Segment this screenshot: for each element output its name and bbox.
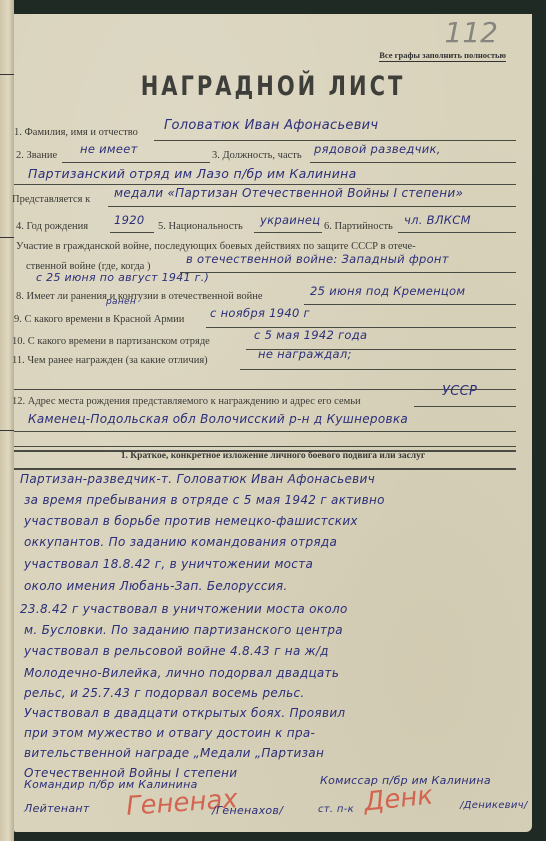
- field-partisan-value: с 5 мая 1942 года: [254, 328, 367, 342]
- field-prev-awards-value: не награждал;: [258, 347, 352, 361]
- top-note: Все графы заполнить полностью: [379, 50, 506, 62]
- field-participation-value-cont: с 25 июня по август 1941 г.): [36, 271, 209, 284]
- field-position-value: рядовой разведчик,: [314, 142, 441, 156]
- commissar-signature: Денк: [363, 780, 435, 817]
- binder-mark: [0, 237, 14, 238]
- narrative-line: вительственной награде „Медали „Партизан: [24, 746, 324, 760]
- narrative-line: участвовал 18.8.42 г, в уничтожении мост…: [24, 557, 313, 571]
- narrative-line: участвовал в рельсовой войне 4.8.43 г на…: [24, 644, 329, 658]
- narrative-line: около имения Любань-Зап. Белоруссия.: [24, 579, 288, 593]
- field-award-value: медали «Партизан Отечественной Войны I с…: [114, 186, 463, 200]
- field-birth-year-value: 1920: [114, 213, 144, 227]
- field-party-label: 6. Партийность: [324, 221, 393, 232]
- field-rank-label: 2. Звание: [16, 150, 57, 161]
- narrative-line: м. Бусловки. По заданию партизанского це…: [24, 623, 343, 637]
- field-address-label: 12. Адрес места рождения представляемого…: [12, 396, 361, 407]
- field-participation-value: в отечественной войне: Западный фронт: [186, 252, 449, 266]
- narrative-line: Партизан-разведчик-т. Головатюк Иван Афо…: [20, 472, 375, 486]
- award-sheet: 112 Все графы заполнить полностью НАГРАД…: [14, 14, 532, 832]
- field-nationality-label: 5. Национальность: [158, 221, 243, 232]
- field-position-label: 3. Должность, часть: [212, 150, 302, 161]
- field-participation-label-1: Участие в гражданской войне, последующих…: [16, 241, 416, 252]
- field-partisan-label: 10. С какого времени в партизанском отря…: [12, 336, 210, 347]
- field-wounds-insert: ранен: [106, 297, 136, 307]
- narrative-line: участвовал в борьбе против немецко-фашис…: [24, 514, 358, 528]
- commissar-name: /Деникевич/: [460, 800, 528, 811]
- narrative-line: 23.8.42 г участвовал в уничтожении моста…: [20, 602, 348, 616]
- section-heading: 1. Краткое, конкретное изложение личного…: [14, 451, 532, 461]
- commander-rank: Лейтенант: [24, 802, 90, 815]
- field-name-label: 1. Фамилия, имя и отчество: [14, 127, 138, 138]
- field-wounds-value: 25 июня под Кременцом: [310, 284, 465, 298]
- binder-strip: [0, 0, 14, 841]
- narrative-line: Участвовал в двадцати открытых боях. Про…: [24, 706, 345, 720]
- narrative-line: за время пребывания в отряде с 5 мая 194…: [24, 493, 385, 507]
- field-name-value: Головатюк Иван Афонасьевич: [164, 118, 378, 133]
- field-party-value: чл. ВЛКСМ: [404, 213, 471, 227]
- document-title: НАГРАДНОЙ ЛИСТ: [14, 71, 532, 101]
- narrative-line: рельс, и 25.7.43 г подорвал восемь рельс…: [24, 686, 304, 700]
- field-position-value-cont: Партизанский отряд им Лазо п/бр им Калин…: [28, 166, 357, 181]
- field-prev-awards-label: 11. Чем ранее награжден (за какие отличи…: [12, 355, 208, 366]
- field-award-label: Представляется к: [12, 194, 90, 205]
- narrative-line: Молодечно-Вилейка, лично подорвал двадца…: [24, 666, 339, 680]
- narrative-line: оккупантов. По заданию командования отря…: [24, 535, 337, 549]
- binder-mark: [0, 430, 14, 431]
- field-rank-value: не имеет: [80, 142, 138, 156]
- field-army-label: 9. С какого времени в Красной Армии: [14, 314, 184, 325]
- sheet-number: 112: [445, 16, 498, 49]
- field-wounds-label: 8. Имеет ли ранения и контузии в отечест…: [16, 291, 262, 302]
- field-address-value-cont: Каменец-Подольская обл Волочисский р-н д…: [28, 412, 408, 426]
- commander-name: /Гененахов/: [212, 804, 283, 817]
- narrative-line: при этом мужество и отвагу достоин к пра…: [24, 726, 315, 740]
- binder-mark: [0, 74, 14, 75]
- field-nationality-value: украинец: [260, 213, 320, 227]
- commissar-rank: ст. п-к: [318, 804, 354, 815]
- field-birth-year-label: 4. Год рождения: [16, 221, 88, 232]
- field-army-value: с ноября 1940 г: [210, 306, 310, 320]
- field-address-value: УССР: [442, 384, 477, 399]
